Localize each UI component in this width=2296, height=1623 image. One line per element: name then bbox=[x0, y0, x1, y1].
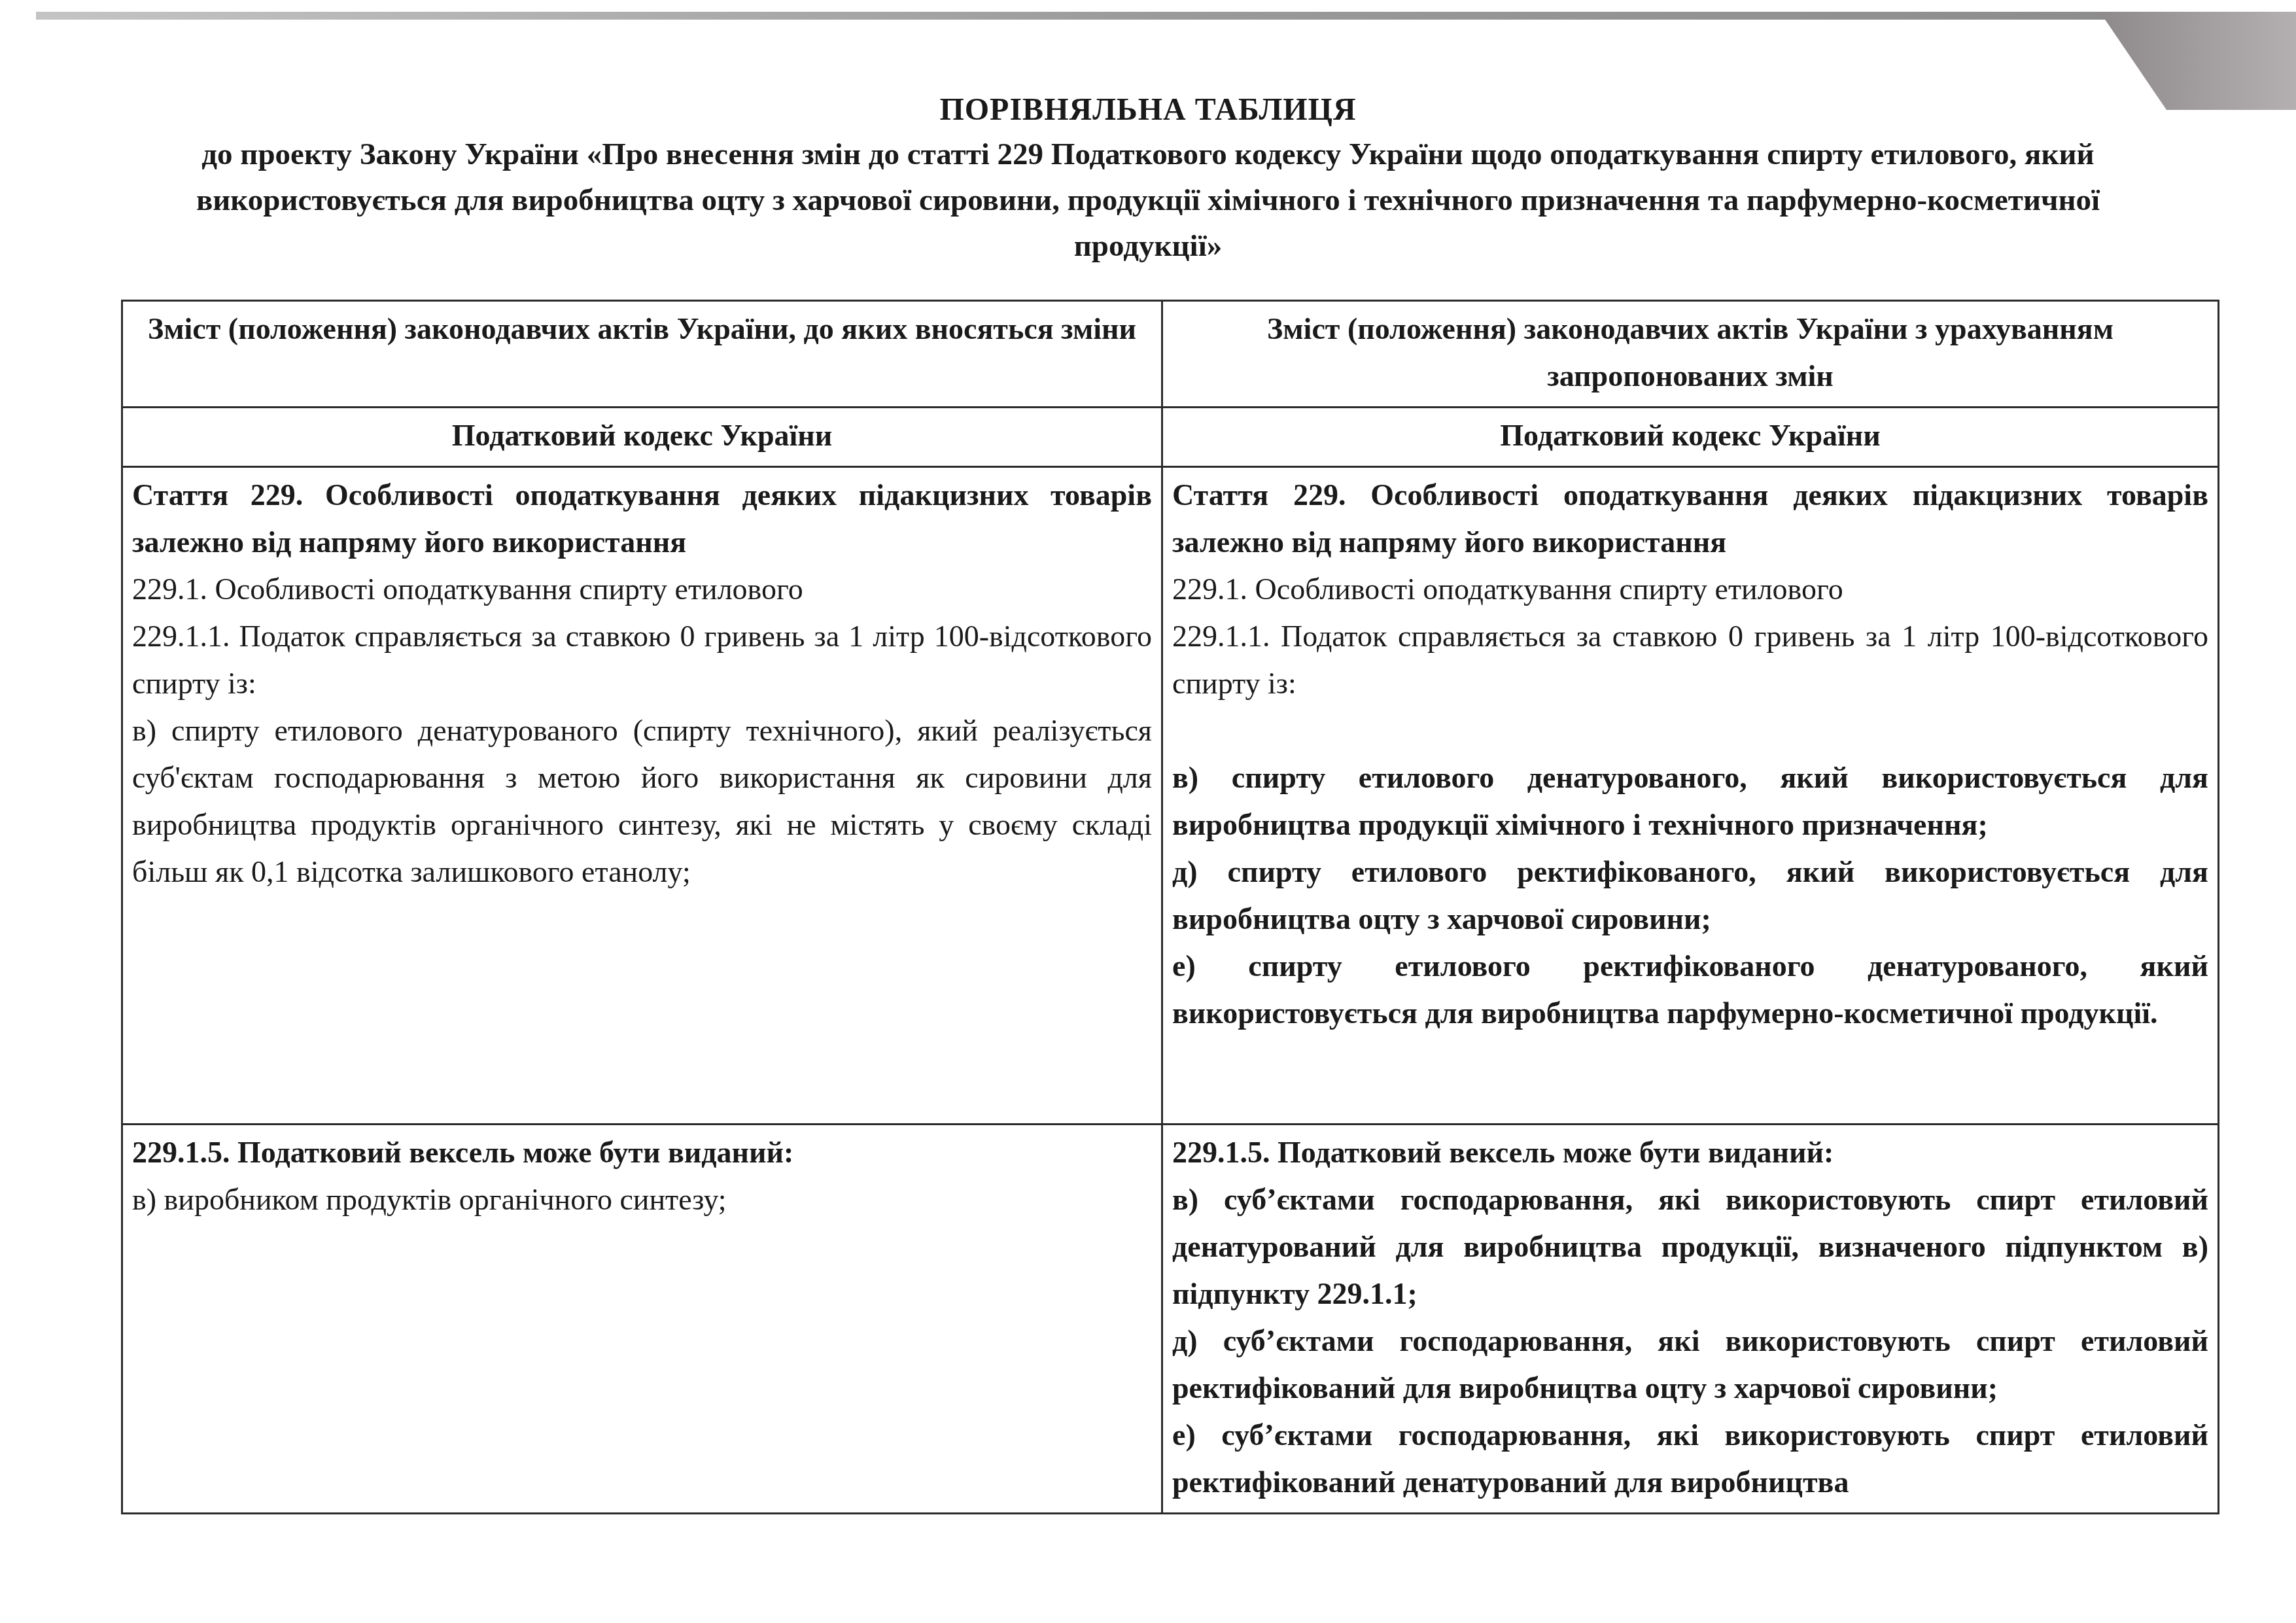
paragraph: 229.1.1. Податок справляється за ставкою… bbox=[132, 613, 1152, 707]
paragraph: в) суб’єктами господарювання, які викори… bbox=[1172, 1176, 2208, 1318]
paragraph: д) спирту етилового ректифікованого, яки… bbox=[1172, 848, 2208, 943]
article-heading: Стаття 229. Особливості оподаткування де… bbox=[132, 472, 1152, 566]
cell-proposed-229-1-5: 229.1.5. Податковий вексель може бути ви… bbox=[1162, 1125, 2219, 1514]
section-heading: 229.1.5. Податковий вексель може бути ви… bbox=[1172, 1129, 2208, 1176]
cell-current-article-229: Стаття 229. Особливості оподаткування де… bbox=[122, 467, 1162, 1125]
article-heading: Стаття 229. Особливості оподаткування де… bbox=[1172, 472, 2208, 566]
comparison-table: Зміст (положення) законодавчих актів Укр… bbox=[121, 300, 2219, 1514]
section-heading: 229.1.5. Податковий вексель може бути ви… bbox=[132, 1129, 1152, 1176]
table-row: Стаття 229. Особливості оподаткування де… bbox=[122, 467, 2219, 1125]
document-subtitle: до проекту Закону України «Про внесення … bbox=[150, 131, 2146, 269]
paragraph: 229.1. Особливості оподаткування спирту … bbox=[1172, 566, 2208, 613]
paragraph: е) спирту етилового ректифікованого дена… bbox=[1172, 943, 2208, 1037]
paragraph: д) суб’єктами господарювання, які викори… bbox=[1172, 1318, 2208, 1412]
title-block: ПОРІВНЯЛЬНА ТАБЛИЦЯ до проекту Закону Ук… bbox=[0, 88, 2296, 269]
table-header-row: Зміст (положення) законодавчих актів Укр… bbox=[122, 301, 2219, 408]
header-proposed-text: Зміст (положення) законодавчих актів Укр… bbox=[1162, 301, 2219, 408]
paragraph: е) суб’єктами господарювання, які викори… bbox=[1172, 1412, 2208, 1506]
paragraph: в) спирту етилового денатурованого, який… bbox=[1172, 754, 2208, 848]
code-name-left: Податковий кодекс України bbox=[122, 408, 1162, 467]
scan-edge-shadow bbox=[36, 12, 2296, 20]
table-row: 229.1.5. Податковий вексель може бути ви… bbox=[122, 1125, 2219, 1514]
cell-current-229-1-5: 229.1.5. Податковий вексель може бути ви… bbox=[122, 1125, 1162, 1514]
code-name-right: Податковий кодекс України bbox=[1162, 408, 2219, 467]
blank-line bbox=[1172, 707, 2208, 754]
paragraph: в) спирту етилового денатурованого (спир… bbox=[132, 707, 1152, 896]
document-title: ПОРІВНЯЛЬНА ТАБЛИЦЯ bbox=[0, 88, 2296, 131]
paragraph: 229.1.1. Податок справляється за ставкою… bbox=[1172, 613, 2208, 707]
paragraph: в) виробником продуктів органічного синт… bbox=[132, 1176, 1152, 1223]
header-current-text: Зміст (положення) законодавчих актів Укр… bbox=[122, 301, 1162, 408]
cell-proposed-article-229: Стаття 229. Особливості оподаткування де… bbox=[1162, 467, 2219, 1125]
paragraph: 229.1. Особливості оподаткування спирту … bbox=[132, 566, 1152, 613]
code-name-row: Податковий кодекс України Податковий код… bbox=[122, 408, 2219, 467]
